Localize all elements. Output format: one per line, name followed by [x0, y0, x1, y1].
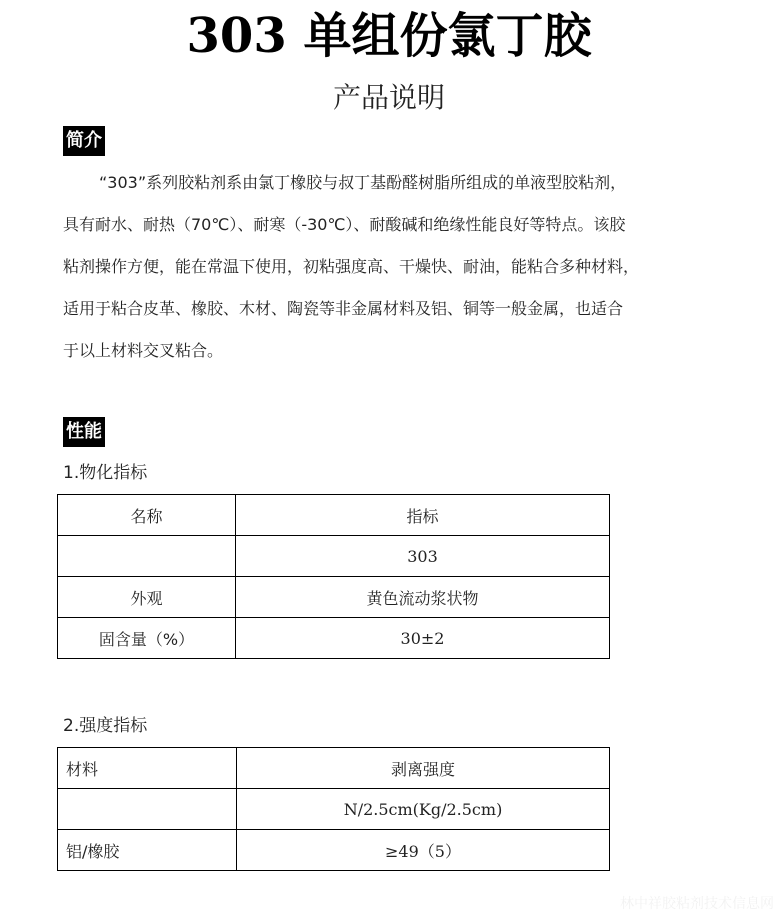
- intro-line: 适用于粘合皮革、橡胶、木材、陶瓷等非金属材料及铝、铜等一般金属，也适合: [63, 288, 723, 330]
- table-row: 铝/橡胶 ≥49（5）: [58, 830, 610, 871]
- table-cell: [58, 789, 237, 830]
- section-heading-performance: 性能: [63, 417, 105, 447]
- table-cell: 外观: [58, 577, 236, 618]
- table-cell: 固含量（%）: [58, 618, 236, 659]
- table-row: 外观 黄色流动浆状物: [58, 577, 610, 618]
- table-cell: 30±2: [236, 618, 610, 659]
- table-header-cell: 材料: [58, 748, 237, 789]
- table-cell: 303: [236, 536, 610, 577]
- table-header-cell: 指标: [236, 495, 610, 536]
- physchem-label: 1.物化指标: [63, 461, 147, 485]
- table-cell: 铝/橡胶: [58, 830, 237, 871]
- document-subtitle: 产品说明: [0, 78, 778, 118]
- table-row: 303: [58, 536, 610, 577]
- table-cell: 黄色流动浆状物: [236, 577, 610, 618]
- intro-line: 于以上材料交叉粘合。: [63, 330, 723, 372]
- intro-line: 具有耐水、耐热（70℃）、耐寒（-30℃）、耐酸碱和绝缘性能良好等特点。该胶: [63, 204, 723, 246]
- table-cell: ≥49（5）: [237, 830, 610, 871]
- strength-label: 2.强度指标: [63, 714, 147, 738]
- table-header-cell: 名称: [58, 495, 236, 536]
- strength-table: 材料 剥离强度 N/2.5cm(Kg/2.5cm) 铝/橡胶 ≥49（5）: [57, 747, 610, 871]
- table-header-row: 名称 指标: [58, 495, 610, 536]
- intro-line: “303”系列胶粘剂系由氯丁橡胶与叔丁基酚醛树脂所组成的单液型胶粘剂，: [63, 162, 723, 204]
- table-row: N/2.5cm(Kg/2.5cm): [58, 789, 610, 830]
- table-header-cell: 剥离强度: [237, 748, 610, 789]
- table-header-row: 材料 剥离强度: [58, 748, 610, 789]
- intro-line: 粘剂操作方便，能在常温下使用，初粘强度高、干燥快、耐油，能粘合多种材料，: [63, 246, 723, 288]
- table-cell: [58, 536, 236, 577]
- physchem-table: 名称 指标 303 外观 黄色流动浆状物 固含量（%） 30±2: [57, 494, 610, 659]
- table-cell: N/2.5cm(Kg/2.5cm): [237, 789, 610, 830]
- document-title: 303 单组份氯丁胶: [0, 4, 778, 68]
- intro-paragraph: “303”系列胶粘剂系由氯丁橡胶与叔丁基酚醛树脂所组成的单液型胶粘剂， 具有耐水…: [63, 162, 723, 372]
- section-heading-intro: 简介: [63, 126, 105, 156]
- table-row: 固含量（%） 30±2: [58, 618, 610, 659]
- watermark: 林中祥胶粘剂技术信息网: [620, 893, 774, 913]
